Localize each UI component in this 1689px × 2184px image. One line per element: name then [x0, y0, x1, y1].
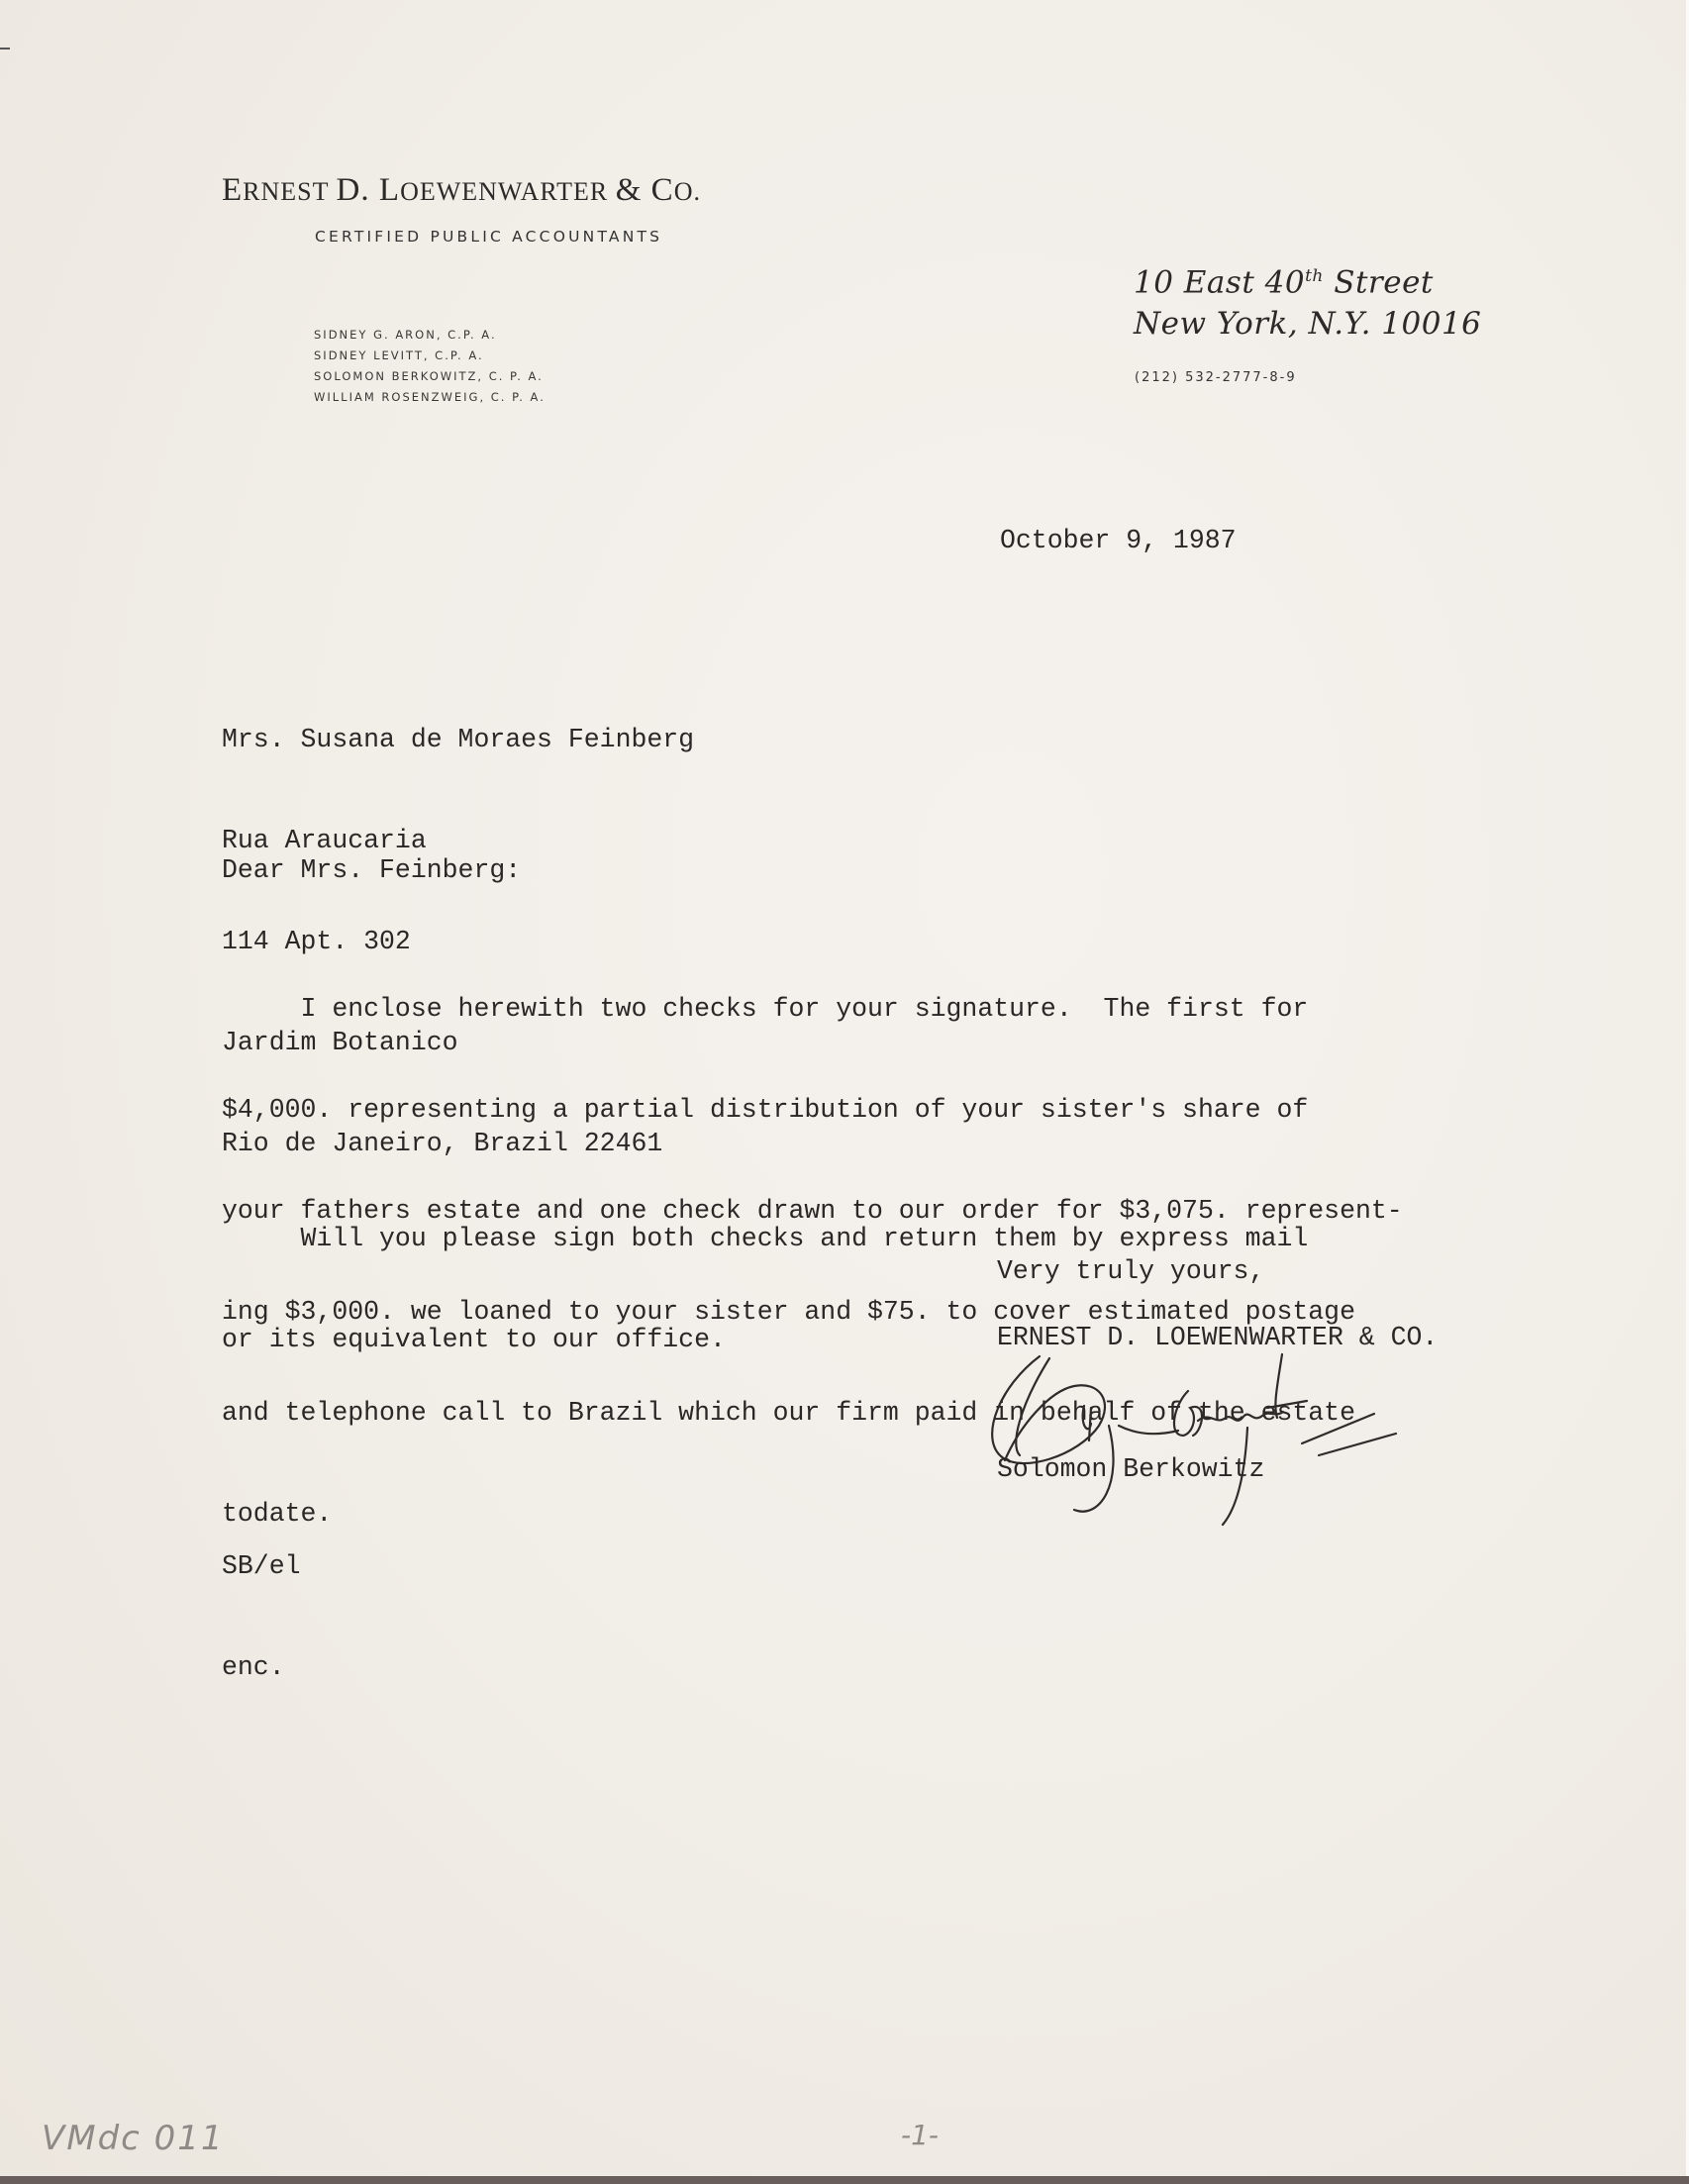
- letterhead-phone: (212) 532-2777-8-9: [1135, 370, 1297, 385]
- partner-name: SIDNEY LEVITT, C.P. A.: [314, 346, 546, 366]
- firm-name-smallcaps: OEWENWARTER: [400, 177, 616, 206]
- letterhead-subtitle: CERTIFIED PUBLIC ACCOUNTANTS: [315, 228, 662, 246]
- partner-list: SIDNEY G. ARON, C.P. A. SIDNEY LEVITT, C…: [314, 325, 546, 408]
- handwritten-signature-icon: [980, 1346, 1416, 1544]
- page-number-annotation: -1-: [901, 2119, 939, 2151]
- archive-id-annotation: VMdc 011: [42, 2119, 225, 2158]
- letterhead-firm-name: ERNEST D. LOEWENWARTER & CO.: [222, 172, 701, 209]
- address-city: New York, N.Y. 10016: [1134, 303, 1481, 345]
- address-street-number: 10 East 40: [1134, 264, 1305, 300]
- body-line: I enclose herewith two checks for your s…: [222, 992, 1403, 1026]
- recipient-name: Mrs. Susana de Moraes Feinberg: [222, 723, 694, 756]
- address-street-name: Street: [1324, 264, 1434, 300]
- firm-name-cap: L: [379, 172, 400, 208]
- body-line: Will you please sign both checks and ret…: [222, 1222, 1308, 1255]
- letterhead-address: 10 East 40th Street New York, N.Y. 10016: [1134, 255, 1481, 345]
- signer-name: Solomon Berkowitz: [997, 1452, 1264, 1486]
- reference-block: SB/el enc.: [222, 1482, 301, 1718]
- address-ordinal: th: [1305, 266, 1324, 286]
- partner-name: SIDNEY G. ARON, C.P. A.: [314, 325, 546, 346]
- address-line: Rua Araucaria: [222, 824, 694, 857]
- scan-edge-bottom: [0, 2176, 1689, 2184]
- firm-name-cap: D.: [337, 172, 379, 208]
- partner-name: WILLIAM ROSENZWEIG, C. P. A.: [314, 387, 546, 408]
- body-line: $4,000. representing a partial distribut…: [222, 1093, 1403, 1127]
- firm-name-cap: E: [222, 172, 243, 208]
- punch-mark: [0, 48, 10, 50]
- firm-name-cap: & C: [616, 172, 674, 208]
- address-street: 10 East 40th Street: [1134, 255, 1481, 303]
- partner-name: SOLOMON BERKOWITZ, C. P. A.: [314, 366, 546, 387]
- firm-name-smallcaps: O.: [674, 177, 701, 206]
- enclosure-notation: enc.: [222, 1650, 301, 1684]
- salutation: Dear Mrs. Feinberg:: [222, 853, 521, 887]
- firm-name-smallcaps: RNEST: [243, 177, 336, 206]
- reference-initials: SB/el: [222, 1549, 301, 1583]
- letter-date: October 9, 1987: [1000, 524, 1237, 557]
- complimentary-close: Very truly yours,: [997, 1254, 1264, 1288]
